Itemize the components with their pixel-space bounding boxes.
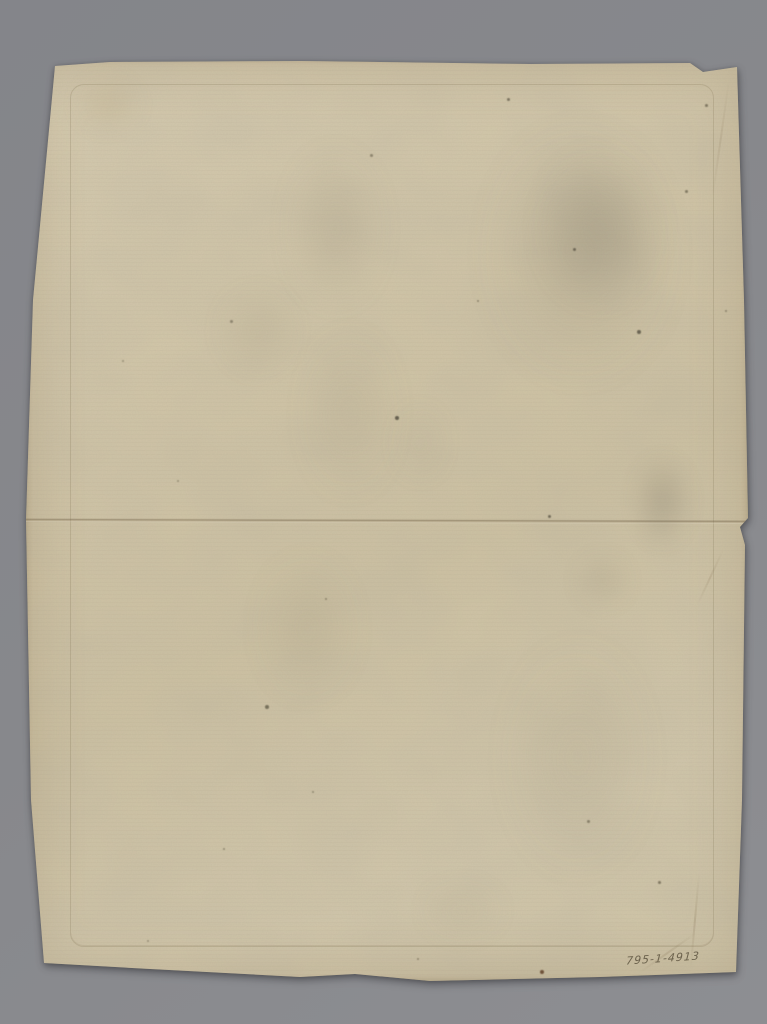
crease-line bbox=[0, 937, 86, 939]
foxing-spot bbox=[725, 310, 727, 312]
stain bbox=[63, 68, 153, 140]
crease-line bbox=[697, 550, 724, 605]
stain bbox=[295, 298, 405, 528]
crease-line bbox=[711, 80, 730, 199]
foxing-spot bbox=[477, 300, 479, 302]
foxing-spot bbox=[573, 248, 576, 251]
foxing-spot bbox=[325, 598, 327, 600]
foxing-spot bbox=[147, 940, 149, 942]
stain bbox=[485, 598, 670, 918]
stain bbox=[205, 273, 310, 388]
foxing-spot bbox=[705, 104, 708, 107]
stain bbox=[245, 528, 370, 728]
center-fold-crease bbox=[25, 518, 749, 524]
paper-grain-texture bbox=[25, 58, 749, 982]
foxing-spot bbox=[265, 705, 269, 709]
foxing-spot bbox=[122, 360, 124, 362]
foxing-spot bbox=[312, 791, 314, 793]
foxing-spot bbox=[637, 330, 641, 334]
foxing-spot bbox=[370, 154, 373, 157]
stain bbox=[620, 433, 705, 568]
foxing-spot bbox=[540, 970, 544, 974]
foxing-spot bbox=[395, 416, 399, 420]
stain bbox=[455, 78, 705, 428]
stain bbox=[565, 543, 640, 618]
photo-backdrop: 795-1-4913 bbox=[0, 0, 767, 1024]
paper-verso: 795-1-4913 bbox=[25, 58, 749, 982]
stain bbox=[385, 388, 455, 498]
foxing-spot bbox=[223, 848, 225, 850]
plate-mark bbox=[70, 84, 714, 947]
stain bbox=[515, 118, 685, 338]
foxing-spot bbox=[548, 515, 551, 518]
accession-number-inscription: 795-1-4913 bbox=[626, 949, 701, 967]
foxing-spot bbox=[507, 98, 510, 101]
stain bbox=[275, 118, 395, 338]
stain bbox=[405, 873, 520, 948]
foxing-spot bbox=[685, 190, 688, 193]
foxing-spot bbox=[658, 881, 661, 884]
foxing-spot bbox=[230, 320, 233, 323]
foxing-spot bbox=[587, 820, 590, 823]
foxing-spot bbox=[417, 958, 419, 960]
paper-sheet: 795-1-4913 bbox=[25, 58, 749, 982]
crease-line bbox=[638, 932, 696, 974]
foxing-spot bbox=[177, 480, 179, 482]
crease-line bbox=[690, 874, 700, 969]
